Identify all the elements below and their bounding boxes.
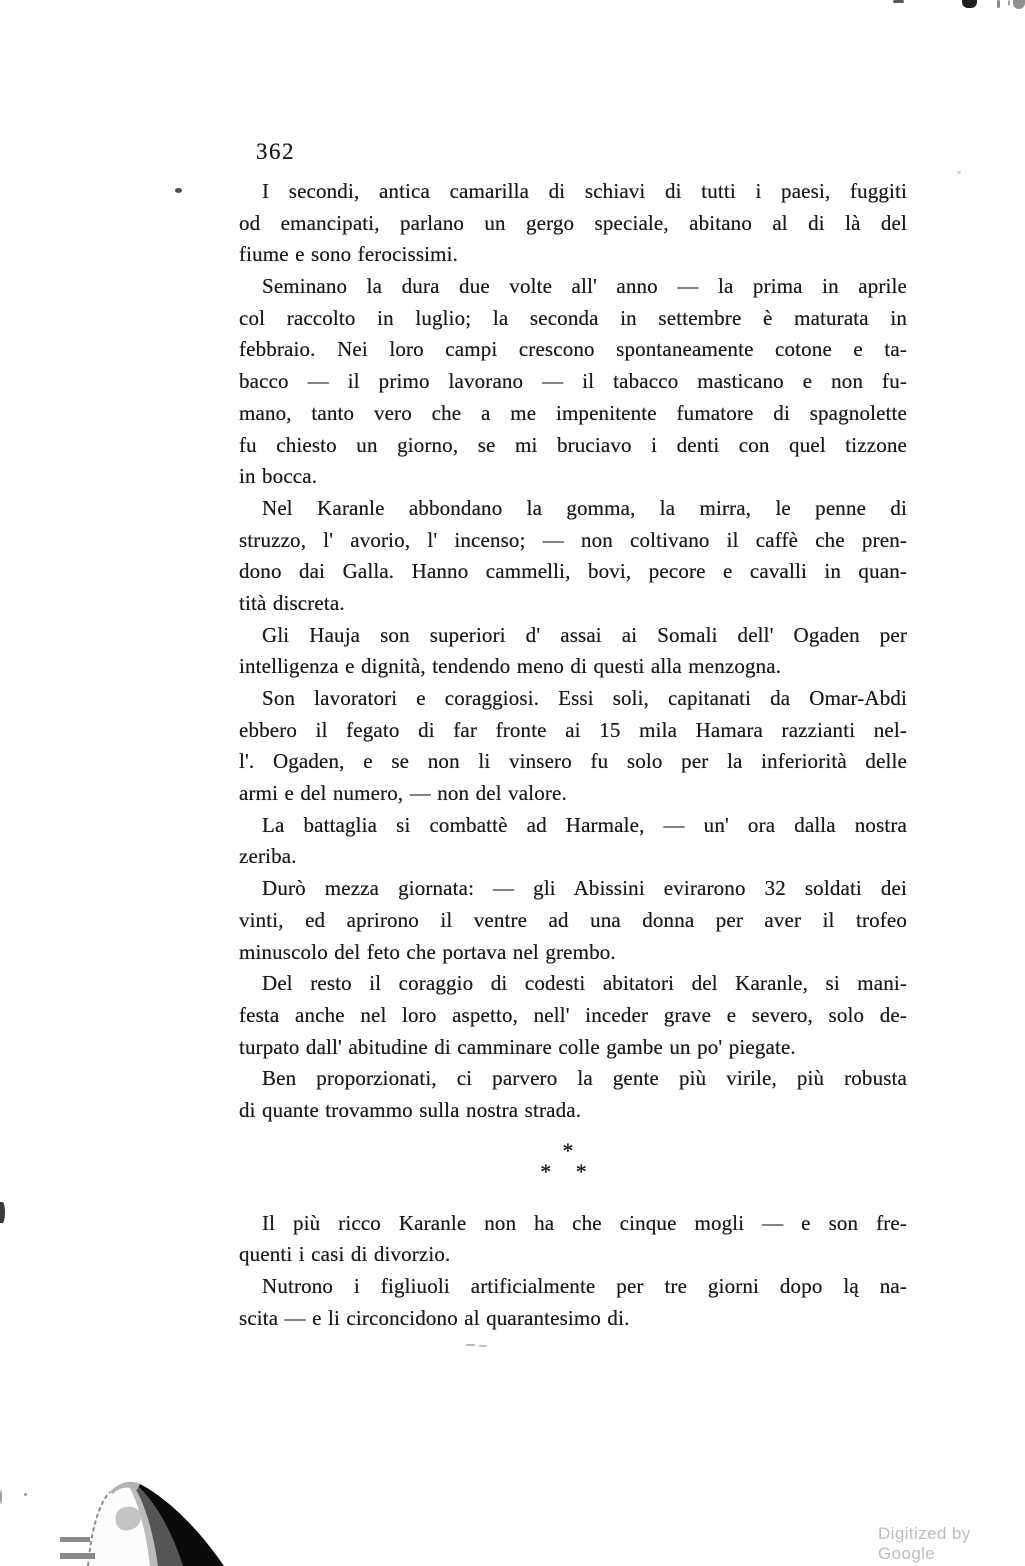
text-line: armi e del numero, — non del valore. (239, 778, 907, 810)
scan-speck (997, 0, 1000, 8)
paragraph: Ben proporzionati, ci parvero la gente p… (239, 1063, 907, 1126)
text-line: Ben proporzionati, ci parvero la gente p… (239, 1063, 907, 1095)
page-text-block: I secondi, antica camarilla di schiavi d… (239, 176, 907, 1334)
text-line: di quante trovammo sulla nostra strada. (239, 1095, 907, 1127)
text-line: Seminano la dura due volte all' anno — l… (239, 271, 907, 303)
text-line: quenti i casi di divorzio. (239, 1239, 907, 1271)
text-line: La battaglia si combattè ad Harmale, — u… (239, 810, 907, 842)
text-line: fu chiesto un giorno, se mi bruciavo i d… (239, 430, 907, 462)
scan-speck (1013, 0, 1025, 9)
text-line: mano, tanto vero che a me impenitente fu… (239, 398, 907, 430)
section-divider-asterism: * * * (229, 1143, 907, 1193)
paragraph: Seminano la dura due volte all' anno — l… (239, 271, 907, 493)
scan-speck (1008, 0, 1010, 6)
scan-speck (24, 1493, 27, 1496)
text-line: dono dai Galla. Hanno cammelli, bovi, pe… (239, 556, 907, 588)
text-line: Son lavoratori e coraggiosi. Essi soli, … (239, 683, 907, 715)
text-line: Del resto il coraggio di codesti abitato… (239, 968, 907, 1000)
text-line: ebbero il fegato di far fronte ai 15 mil… (239, 715, 907, 747)
paragraph: Nutrono i figliuoli artificialmente per … (239, 1271, 907, 1334)
paragraph: Durò mezza giornata: — gli Abissini evir… (239, 873, 907, 968)
text-line: struzzo, l' avorio, l' incenso; — non co… (239, 525, 907, 557)
page-edge-mark (0, 1490, 2, 1504)
text-section-after-divider: Il più ricco Karanle non ha che cinque m… (239, 1208, 907, 1335)
text-line: festa anche nel loro aspetto, nell' ince… (239, 1000, 907, 1032)
text-line: in bocca. (239, 461, 907, 493)
text-line: scita — e li circoncidono al quarantesim… (239, 1303, 907, 1335)
text-line: Nel Karanle abbondano la gomma, la mirra… (239, 493, 907, 525)
paragraph: La battaglia si combattè ad Harmale, — u… (239, 810, 907, 873)
text-line: tità discreta. (239, 588, 907, 620)
scan-speck (175, 188, 182, 193)
asterisks-bottom: * * (229, 1159, 907, 1193)
text-line: Il più ricco Karanle non ha che cinque m… (239, 1208, 907, 1240)
text-line: col raccolto in luglio; la seconda in se… (239, 303, 907, 335)
text-section-before-divider: I secondi, antica camarilla di schiavi d… (239, 176, 907, 1127)
text-line: intelligenza e dignità, tendendo meno di… (239, 651, 907, 683)
text-line: Nutrono i figliuoli artificialmente per … (239, 1271, 907, 1303)
faint-dash-artifact (479, 1345, 487, 1347)
text-line: febbraio. Nei loro campi crescono sponta… (239, 334, 907, 366)
text-line: l'. Ogaden, e se non li vinsero fu solo … (239, 746, 907, 778)
asterisk-top: * (229, 1143, 907, 1159)
scan-speck (893, 0, 904, 3)
page-edge-mark (0, 1202, 5, 1223)
paragraph: Gli Hauja son superiori d' assai ai Soma… (239, 620, 907, 683)
text-line: Durò mezza giornata: — gli Abissini evir… (239, 873, 907, 905)
paragraph: Del resto il coraggio di codesti abitato… (239, 968, 907, 1063)
scanner-finger-artifact (60, 1475, 230, 1566)
paragraph: Son lavoratori e coraggiosi. Essi soli, … (239, 683, 907, 810)
text-line: bacco — il primo lavorano — il tabacco m… (239, 366, 907, 398)
paragraph: Nel Karanle abbondano la gomma, la mirra… (239, 493, 907, 620)
paragraph: I secondi, antica camarilla di schiavi d… (239, 176, 907, 271)
text-line: vinti, ed aprirono il ventre ad una donn… (239, 905, 907, 937)
digitized-by-google-watermark: Digitized by Google (878, 1524, 1025, 1564)
page-number: 362 (256, 139, 295, 165)
text-line: turpato dall' abitudine di camminare col… (239, 1032, 907, 1064)
text-line: Gli Hauja son superiori d' assai ai Soma… (239, 620, 907, 652)
text-line: zeriba. (239, 841, 907, 873)
faint-dash-artifact (466, 1344, 475, 1346)
paragraph: Il più ricco Karanle non ha che cinque m… (239, 1208, 907, 1271)
scan-speck (957, 171, 961, 174)
text-line: od emancipati, parlano un gergo speciale… (239, 208, 907, 240)
text-line: fiume e sono ferocissimi. (239, 239, 907, 271)
text-line: I secondi, antica camarilla di schiavi d… (239, 176, 907, 208)
text-line: minuscolo del feto che portava nel gremb… (239, 937, 907, 969)
scan-speck (962, 0, 977, 8)
